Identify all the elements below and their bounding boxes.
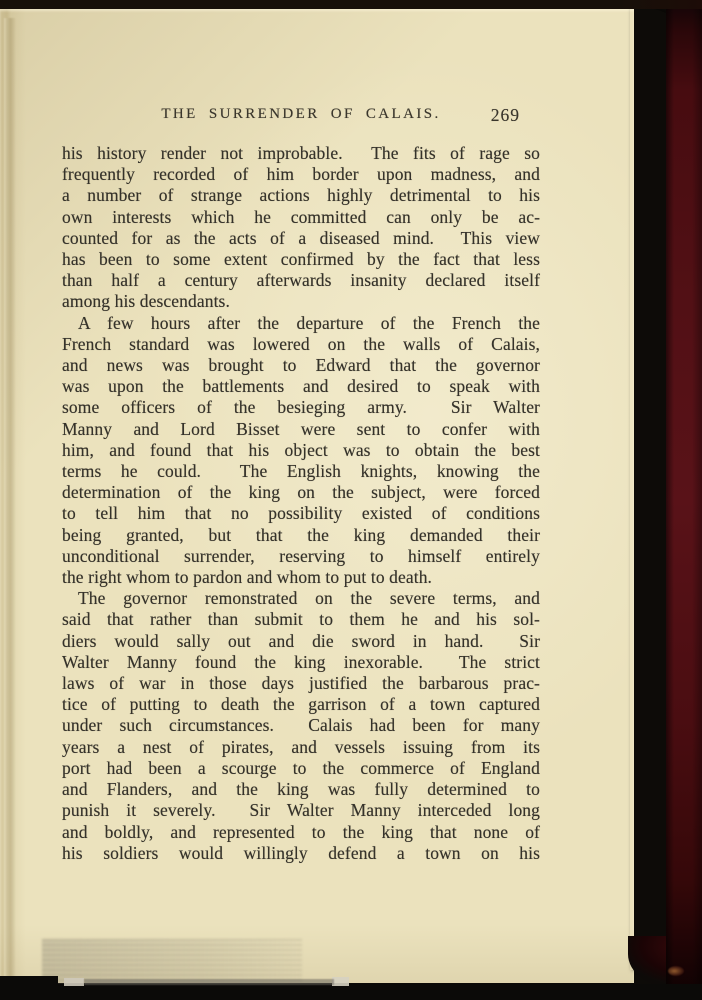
text-line: to tell him that no possibility existed … — [62, 503, 540, 524]
text-line: and news was brought to Edward that the … — [62, 355, 540, 376]
text-line: counted for as the acts of a diseased mi… — [62, 228, 540, 249]
page-number: 269 — [491, 105, 520, 126]
text-line: and Flanders, and the king was fully det… — [62, 779, 540, 800]
text-line: French standard was lowered on the walls… — [62, 334, 540, 355]
book-page: THE SURRENDER OF CALAIS. 269 his history… — [0, 9, 634, 983]
text-line: his history render not improbable. The f… — [62, 143, 540, 164]
page-gutter-crease — [4, 18, 16, 983]
text-line: being granted, but that the king demande… — [62, 525, 540, 546]
text-line: port had been a scourge to the commerce … — [62, 758, 540, 779]
text-line: and boldly, and represented to the king … — [62, 822, 540, 843]
text-line: a number of strange actions highly detri… — [62, 185, 540, 206]
text-line: under such circumstances. Calais had bee… — [62, 715, 540, 736]
scan-edge-notch — [64, 978, 84, 986]
running-head: THE SURRENDER OF CALAIS. 269 — [62, 106, 540, 128]
chapter-running-title: THE SURRENDER OF CALAIS. — [62, 106, 540, 123]
scan-frame-bottom-left — [0, 976, 58, 1000]
text-line: said that rather than submit to them he … — [62, 609, 540, 630]
scan-frame-bottom — [0, 984, 702, 1000]
text-line: diers would sally out and die sword in h… — [62, 631, 540, 652]
text-line: Walter Manny found the king inexorable. … — [62, 652, 540, 673]
text-line: punish it severely. Sir Walter Manny int… — [62, 800, 540, 821]
text-line: A few hours after the departure of the F… — [62, 313, 540, 334]
page-body-text: his history render not improbable. The f… — [62, 143, 540, 864]
text-line: the right whom to pardon and whom to put… — [62, 567, 540, 588]
scan-edge-notch — [332, 977, 349, 986]
text-line: own interests which he committed can onl… — [62, 207, 540, 228]
scanned-book-photo: THE SURRENDER OF CALAIS. 269 his history… — [0, 0, 702, 1000]
text-line: laws of war in those days justified the … — [62, 673, 540, 694]
text-line: was upon the battlements and desired to … — [62, 376, 540, 397]
text-line: The governor remonstrated on the severe … — [62, 588, 540, 609]
text-line: determination of the king on the subject… — [62, 482, 540, 503]
book-cover-spine-right — [666, 0, 702, 1000]
text-line: him, and found that his object was to ob… — [62, 440, 540, 461]
text-line: his soldiers would willingly defend a to… — [62, 843, 540, 864]
scan-shadow-band — [84, 979, 334, 985]
text-line: unconditional surrender, reserving to hi… — [62, 546, 540, 567]
text-line: frequently recorded of him border upon m… — [62, 164, 540, 185]
text-line: terms he could. The English knights, kno… — [62, 461, 540, 482]
cover-corner-glint — [668, 966, 684, 976]
text-line: has been to some extent confirmed by the… — [62, 249, 540, 270]
text-line: among his descendants. — [62, 291, 540, 312]
text-line: than half a century afterwards insanity … — [62, 270, 540, 291]
text-line: Manny and Lord Bisset were sent to confe… — [62, 419, 540, 440]
text-line: tice of putting to death the garrison of… — [62, 694, 540, 715]
text-line: years a nest of pirates, and vessels iss… — [62, 737, 540, 758]
scan-frame-top — [0, 0, 702, 9]
text-line: some officers of the besieging army. Sir… — [62, 397, 540, 418]
